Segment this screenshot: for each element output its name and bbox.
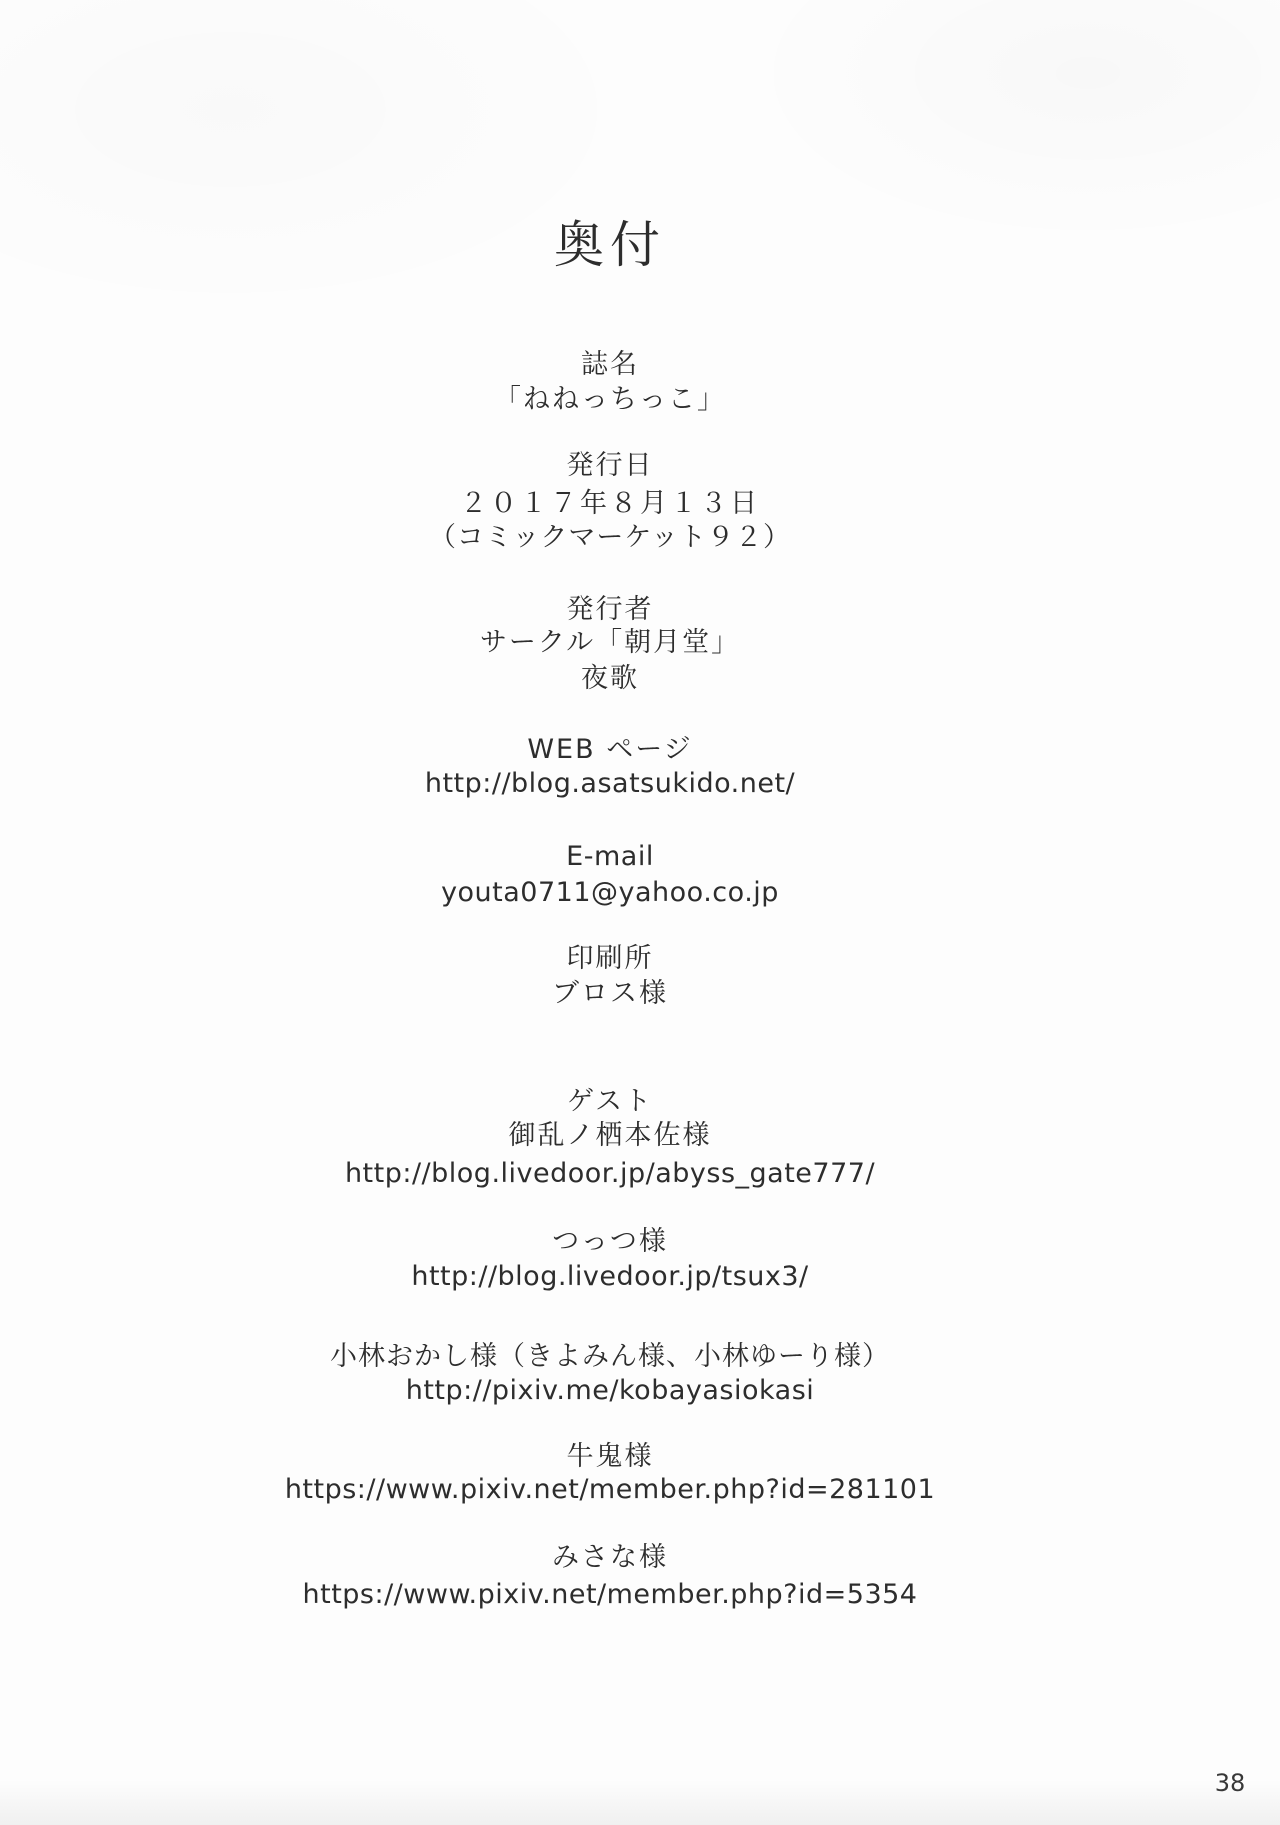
publication-event: （コミックマーケット９２） xyxy=(0,520,1220,556)
guest-5-name: みさな様 xyxy=(0,1540,1220,1576)
colophon-column: 奥付 誌名 「ねねっちっこ」 発行日 ２０１７年８月１３日 （コミックマーケット… xyxy=(0,0,1220,1825)
guest-4-name: 牛鬼様 xyxy=(0,1439,1220,1475)
printer-name: ブロス様 xyxy=(0,976,1220,1012)
guest-4-url: https://www.pixiv.net/member.php?id=2811… xyxy=(0,1472,1220,1508)
publisher-label: 発行者 xyxy=(0,592,1220,628)
guest-2-name: つっつ様 xyxy=(0,1224,1220,1260)
guest-1-url: http://blog.livedoor.jp/abyss_gate777/ xyxy=(0,1156,1220,1192)
guest-3-name: 小林おかし様（きよみん様、小林ゆーり様） xyxy=(0,1339,1220,1375)
publisher-circle: サークル「朝月堂」 xyxy=(0,625,1220,661)
page-number: 38 xyxy=(1200,1768,1260,1798)
guest-3-url: http://pixiv.me/kobayasiokasi xyxy=(0,1373,1220,1409)
guest-1-name: 御乱ノ栖本佐様 xyxy=(0,1118,1220,1154)
web-page-url: http://blog.asatsukido.net/ xyxy=(0,766,1220,802)
magazine-title-value: 「ねねっちっこ」 xyxy=(0,382,1220,418)
email-label: E-mail xyxy=(0,839,1220,875)
publisher-author: 夜歌 xyxy=(0,661,1220,697)
page-title: 奥付 xyxy=(0,215,1220,275)
printer-label: 印刷所 xyxy=(0,941,1220,977)
publication-date-label: 発行日 xyxy=(0,448,1220,484)
guest-section-label: ゲスト xyxy=(0,1084,1220,1120)
web-page-label: WEB ページ xyxy=(0,732,1220,768)
publication-date-value: ２０１７年８月１３日 xyxy=(0,486,1220,522)
magazine-title-label: 誌名 xyxy=(0,347,1220,383)
guest-2-url: http://blog.livedoor.jp/tsux3/ xyxy=(0,1259,1220,1295)
email-address: youta0711@yahoo.co.jp xyxy=(0,875,1220,911)
guest-5-url: https://www.pixiv.net/member.php?id=5354 xyxy=(0,1577,1220,1613)
